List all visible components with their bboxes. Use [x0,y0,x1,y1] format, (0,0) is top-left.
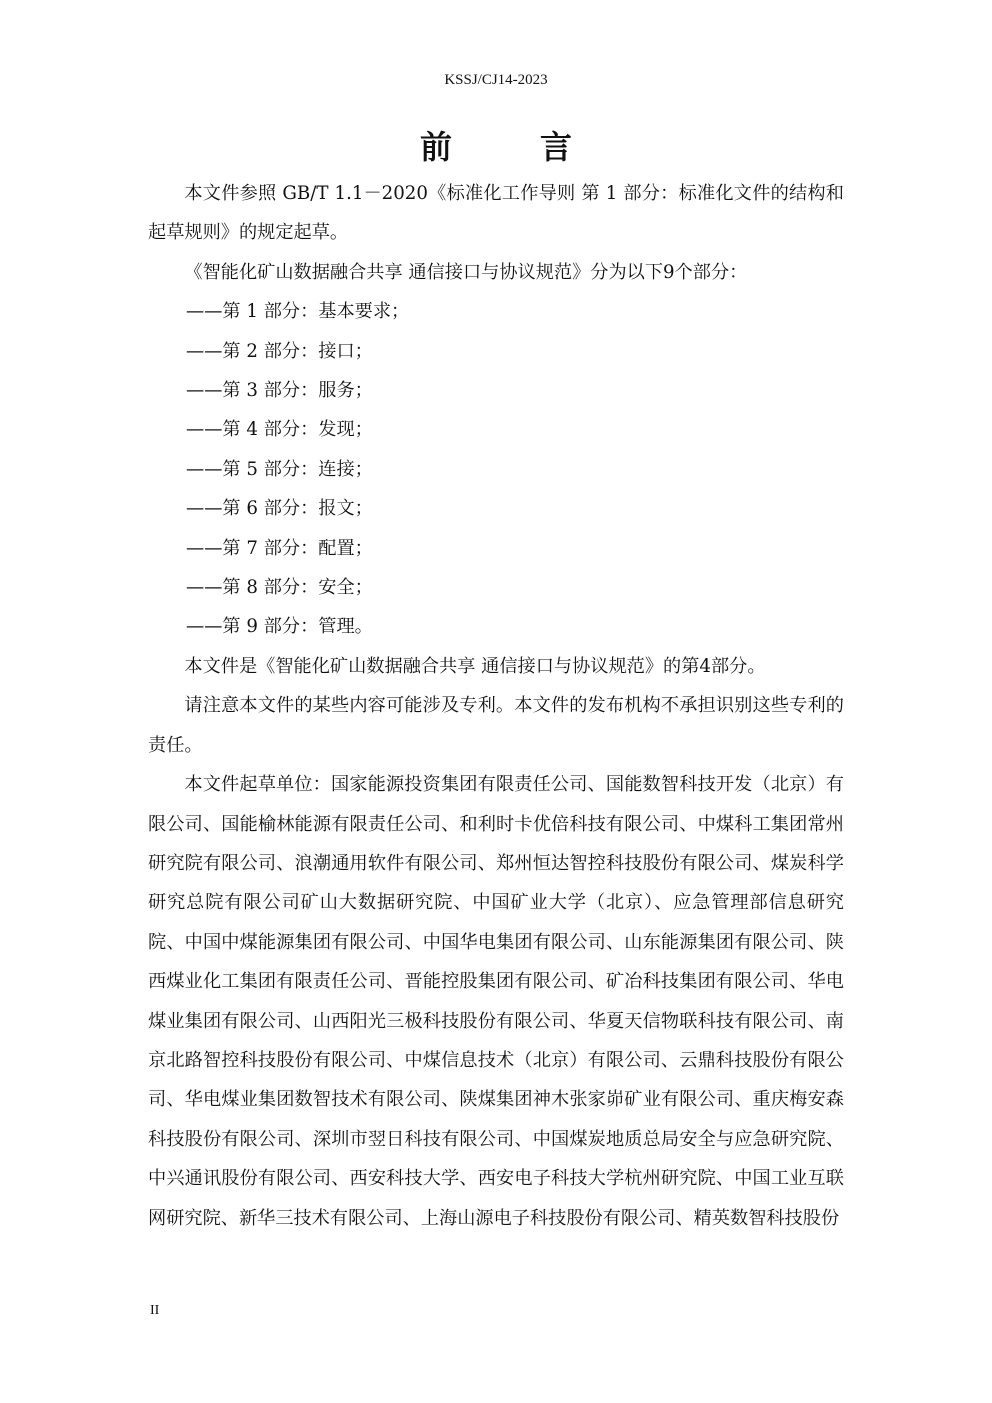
paragraph-drafting-units: 本文件起草单位：国家能源投资集团有限责任公司、国能数智科技开发（北京）有限公司、… [148,765,844,1238]
list-item-part-2: ——第 2 部分：接口； [148,332,844,371]
paragraph-patent-notice: 请注意本文件的某些内容可能涉及专利。本文件的发布机构不承担识别这些专利的责任。 [148,686,844,765]
list-item-part-6: ——第 6 部分：报文； [148,489,844,528]
page-number: II [150,1303,159,1319]
foreword-body: 本文件参照 GB/T 1.1－2020《标准化工作导则 第 1 部分：标准化文件… [148,174,844,1238]
page-title: 前 言 [0,122,992,168]
list-item-part-7: ——第 7 部分：配置； [148,529,844,568]
list-item-part-1: ——第 1 部分：基本要求； [148,292,844,331]
list-item-part-5: ——第 5 部分：连接； [148,450,844,489]
paragraph-this-part: 本文件是《智能化矿山数据融合共享 通信接口与协议规范》的第4部分。 [148,647,844,686]
paragraph-drafting-rules: 本文件参照 GB/T 1.1－2020《标准化工作导则 第 1 部分：标准化文件… [148,174,844,253]
parts-list: ——第 1 部分：基本要求； ——第 2 部分：接口； ——第 3 部分：服务；… [148,292,844,647]
document-code-header: KSSJ/CJ14-2023 [0,72,992,89]
list-item-part-8: ——第 8 部分：安全； [148,568,844,607]
list-item-part-4: ——第 4 部分：发现； [148,410,844,449]
list-item-part-9: ——第 9 部分：管理。 [148,607,844,646]
paragraph-parts-intro: 《智能化矿山数据融合共享 通信接口与协议规范》分为以下9个部分： [148,253,844,292]
list-item-part-3: ——第 3 部分：服务； [148,371,844,410]
